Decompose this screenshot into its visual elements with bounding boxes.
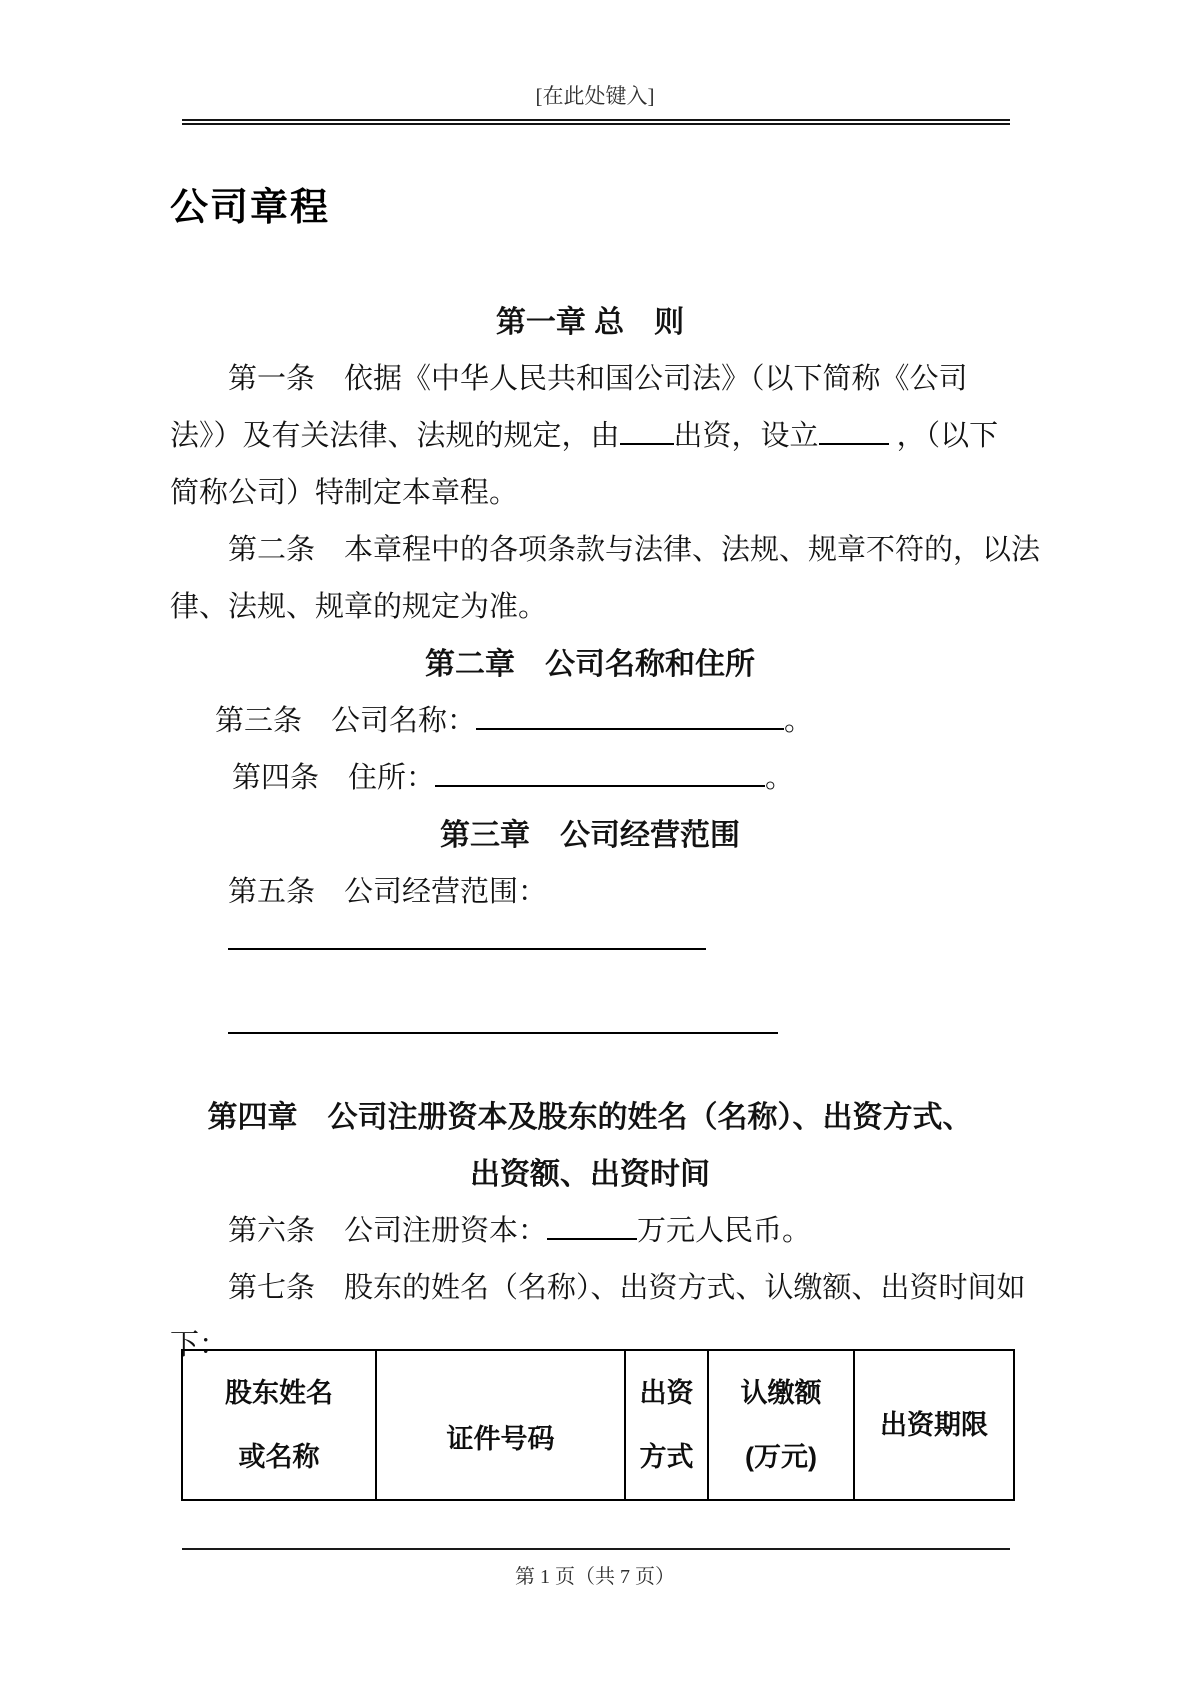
header-cell-shareholder-name: 股东姓名 或名称: [182, 1350, 376, 1500]
article-4-line: 第四条 住所：。: [170, 750, 1010, 807]
header-rule: [182, 119, 1010, 125]
header-cell-subscribed-amount: 认缴额 (万元): [708, 1350, 854, 1500]
article-1-line-3: 简称公司）特制定本章程。: [170, 465, 1010, 522]
business-scope-blank-line-1: [170, 948, 1010, 1005]
registered-capital-blank-field: [547, 1216, 637, 1240]
article-2-line-2: 律、法规、规章的规定为准。: [170, 579, 1010, 636]
article-1-line-2: 法》）及有关法律、法规的规定，由出资，设立 ，（以下: [170, 408, 1010, 465]
chapter-3-heading: 第三章 公司经营范围: [170, 807, 1010, 864]
document-page: [在此处键入] 公司章程 第一章 总 则 第一条 依据《中华人民共和国公司法》（…: [0, 0, 1190, 1683]
article-5-line: 第五条 公司经营范围：: [170, 864, 1010, 921]
article-1-line-1: 第一条 依据《中华人民共和国公司法》（以下简称《公司: [170, 351, 1010, 408]
investor-blank-field: [620, 421, 674, 445]
running-header-placeholder: [在此处键入]: [0, 80, 1190, 110]
article-3-line: 第三条 公司名称：。: [170, 693, 1010, 750]
company-blank-field: [819, 421, 889, 445]
shareholders-table: 股东姓名 或名称 证件号码 出资 方式 认缴额 (万元) 出资期限: [181, 1349, 1015, 1501]
business-scope-blank-line-2: [170, 1032, 1010, 1089]
header-cell-contribution-method: 出资 方式: [625, 1350, 708, 1500]
page-number-footer: 第 1 页（共 7 页）: [0, 1560, 1190, 1589]
chapter-4-heading-line-2: 出资额、出资时间: [170, 1146, 1010, 1203]
article-2-line-1: 第二条 本章程中的各项条款与法律、法规、规章不符的，以法: [170, 522, 1010, 579]
chapter-2-heading: 第二章 公司名称和住所: [170, 636, 1010, 693]
chapter-4-heading-line-1: 第四章 公司注册资本及股东的姓名（名称）、出资方式、: [170, 1089, 1010, 1146]
address-blank-field: [435, 763, 765, 787]
article-6-line: 第六条 公司注册资本：万元人民币。: [170, 1203, 1010, 1260]
company-name-blank-field: [476, 706, 784, 730]
article-7-line-1: 第七条 股东的姓名（名称）、出资方式、认缴额、出资时间如: [170, 1260, 1010, 1317]
document-title: 公司章程: [170, 176, 330, 231]
header-cell-id-number: 证件号码: [376, 1350, 625, 1500]
document-body: 第一章 总 则 第一条 依据《中华人民共和国公司法》（以下简称《公司 法》）及有…: [170, 294, 1010, 1374]
chapter-1-heading: 第一章 总 则: [170, 294, 1010, 351]
table-header-row: 股东姓名 或名称 证件号码 出资 方式 认缴额 (万元) 出资期限: [182, 1350, 1014, 1500]
footer-rule: [182, 1548, 1010, 1550]
header-cell-contribution-deadline: 出资期限: [854, 1350, 1014, 1500]
